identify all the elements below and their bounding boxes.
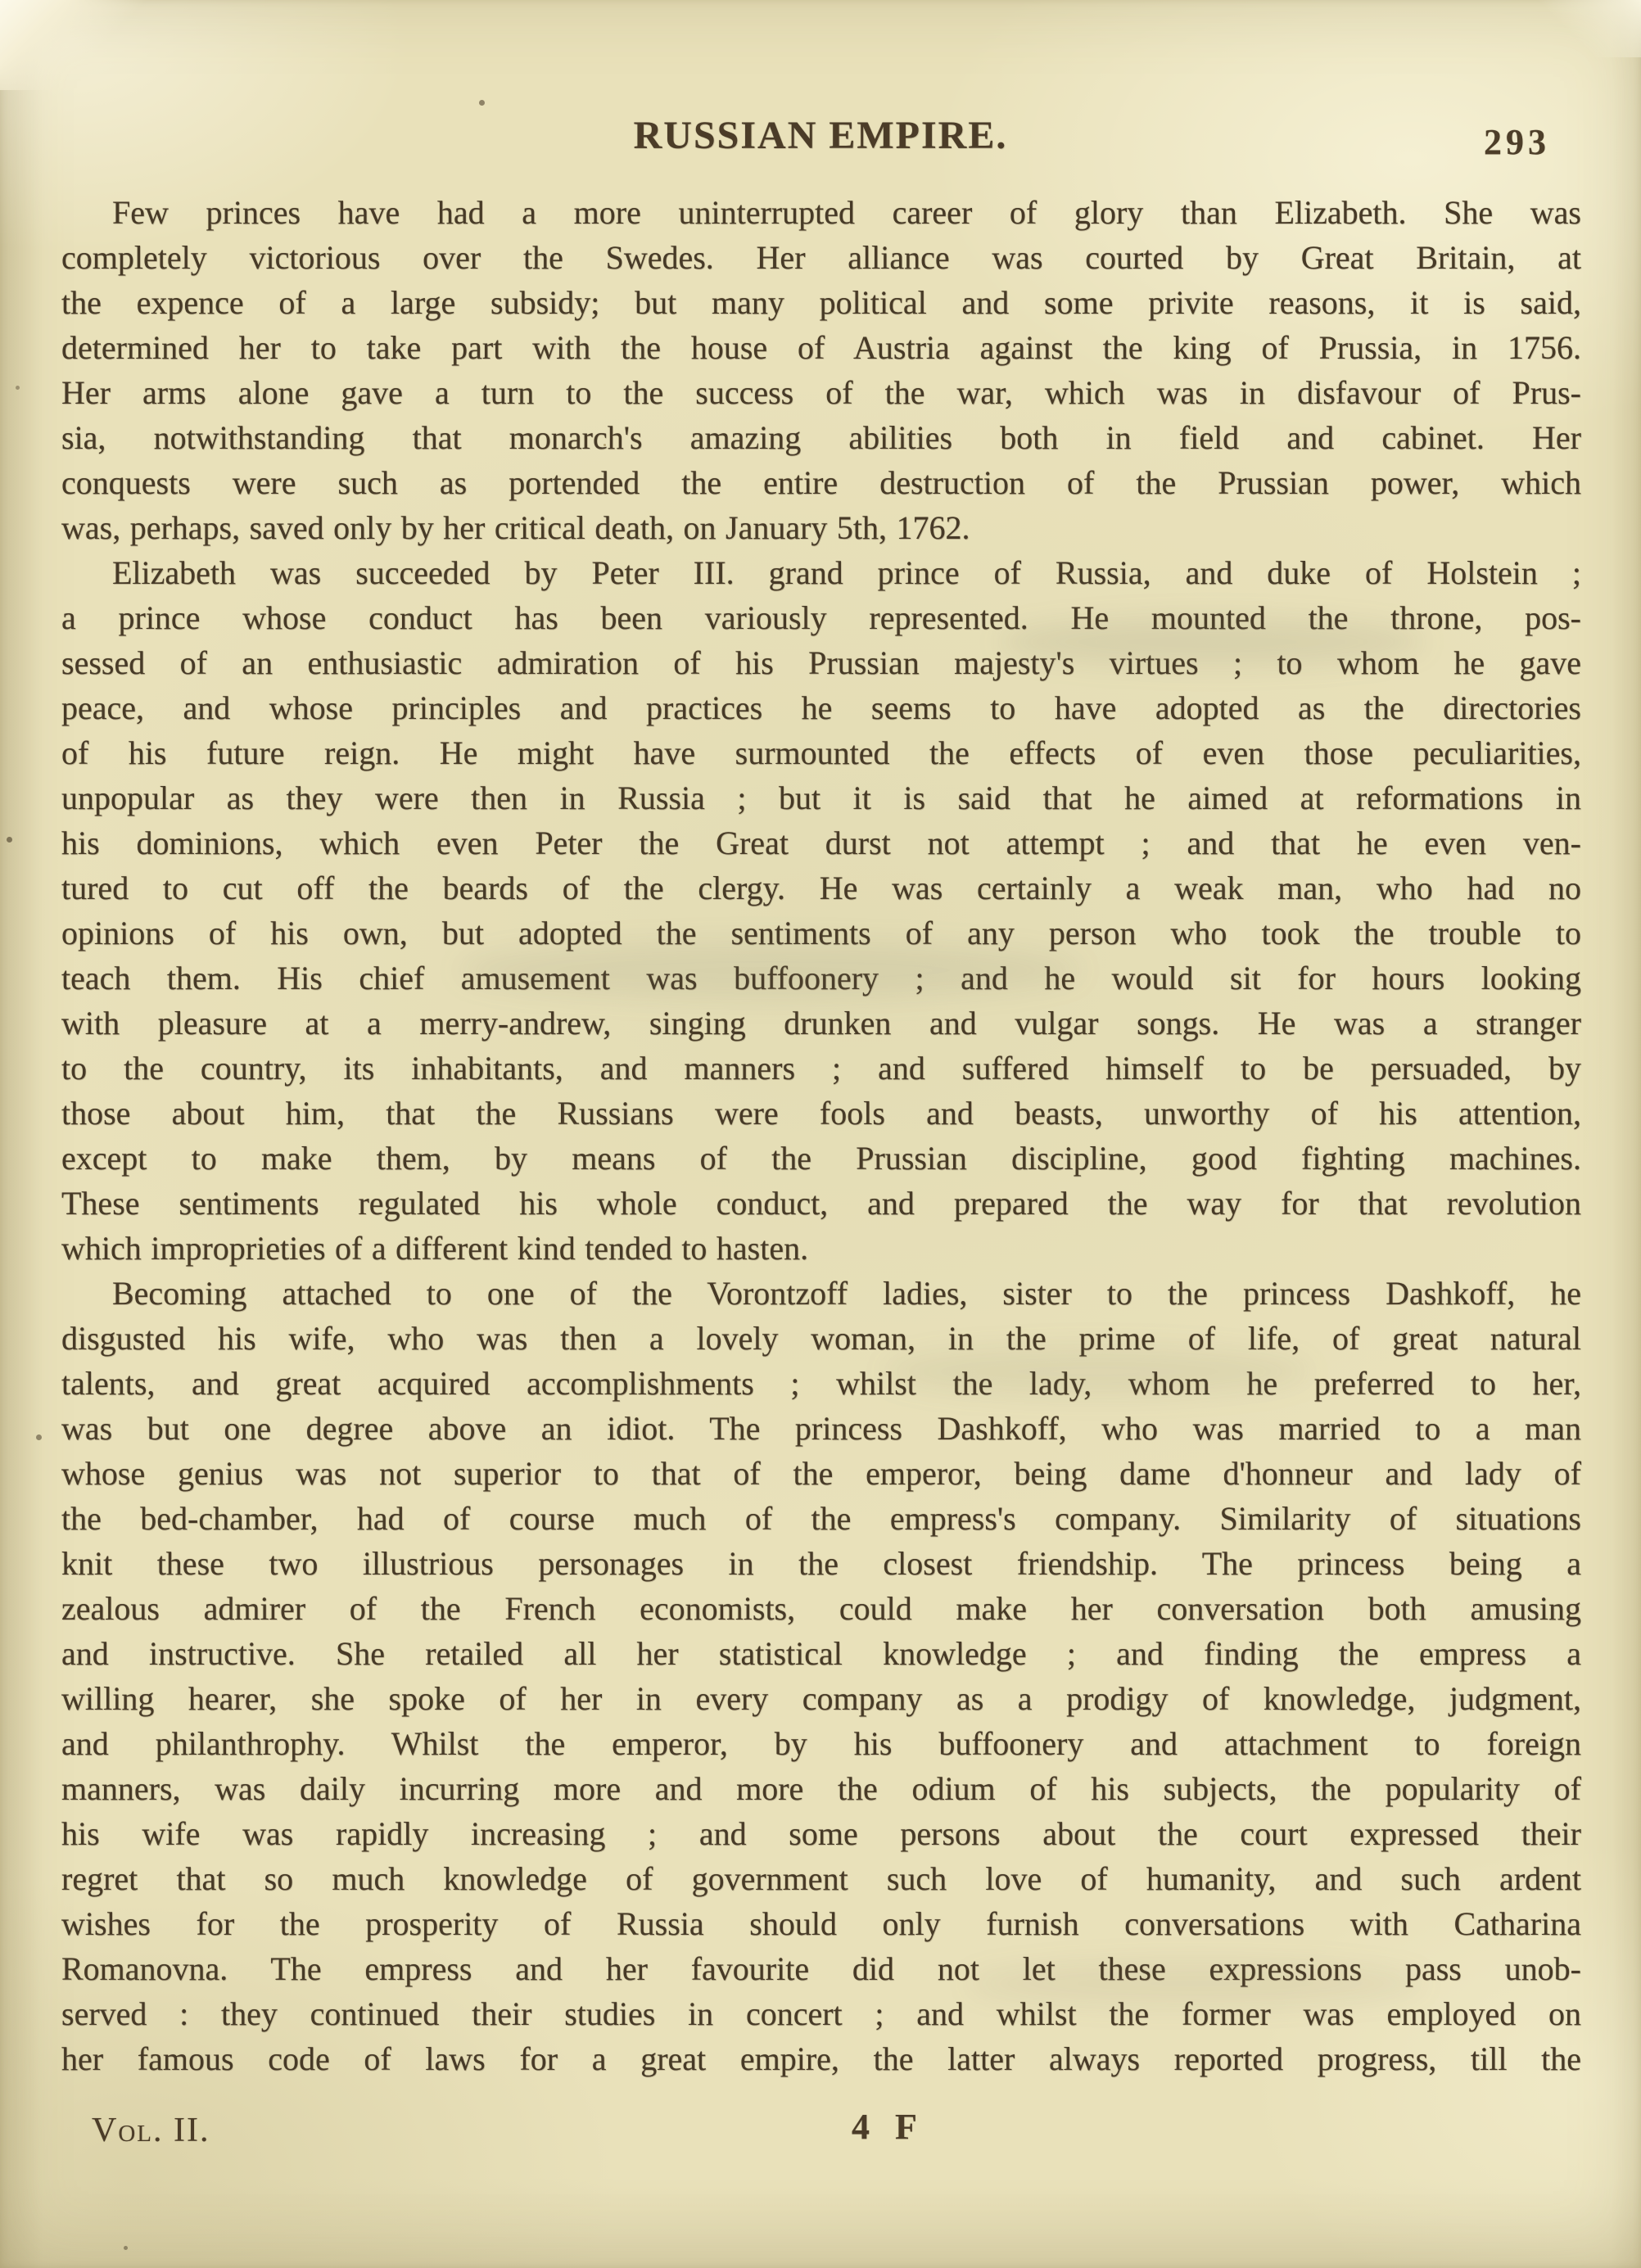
text-line: Her arms alone gave a turn to the succes… — [61, 370, 1581, 415]
text-line: regret that so much knowledge of governm… — [61, 1856, 1581, 1901]
text-line: completely victorious over the Swedes. H… — [61, 235, 1581, 280]
text-line: served : they continued their studies in… — [61, 1991, 1581, 2036]
text-line: teach them. His chief amusement was buff… — [61, 956, 1581, 1001]
scan-corner-highlight — [0, 0, 164, 90]
text-line: a prince whose conduct has been variousl… — [61, 595, 1581, 640]
paragraph: Becoming attached to one of the Vorontzo… — [61, 1271, 1581, 2081]
text-line: determined her to take part with the hou… — [61, 325, 1581, 370]
paper-specks — [0, 0, 6, 6]
text-line: knit these two illustrious personages in… — [61, 1541, 1581, 1586]
text-line: his dominions, which even Peter the Grea… — [61, 820, 1581, 865]
text-line: disgusted his wife, who was then a lovel… — [61, 1316, 1581, 1361]
text-block: Few princes have had a more uninterrupte… — [61, 190, 1581, 2081]
footer-volume-label: Vol. II. — [92, 2111, 210, 2150]
text-line: the bed-chamber, had of course much of t… — [61, 1496, 1581, 1541]
text-line: Few princes have had a more uninterrupte… — [61, 190, 1581, 235]
text-line: whose genius was not superior to that of… — [61, 1451, 1581, 1496]
paragraph: Few princes have had a more uninterrupte… — [61, 190, 1581, 550]
text-line: sia, notwithstanding that monarch's amaz… — [61, 415, 1581, 460]
text-line: zealous admirer of the French economists… — [61, 1586, 1581, 1631]
text-line: opinions of his own, but adopted the sen… — [61, 910, 1581, 956]
text-line: to the country, its inhabitants, and man… — [61, 1046, 1581, 1091]
text-line: his wife was rapidly increasing ; and so… — [61, 1811, 1581, 1856]
text-line: wishes for the prosperity of Russia shou… — [61, 1901, 1581, 1946]
text-line: and instructive. She retailed all her st… — [61, 1631, 1581, 1676]
text-line: willing hearer, she spoke of her in ever… — [61, 1676, 1581, 1721]
book-page: RUSSIAN EMPIRE. 293 Few princes have had… — [0, 0, 1641, 2268]
text-line: Romanovna. The empress and her favourite… — [61, 1946, 1581, 1991]
text-line: the expence of a large subsidy; but many… — [61, 280, 1581, 325]
text-line: Elizabeth was succeeded by Peter III. gr… — [61, 550, 1581, 595]
text-line: was, perhaps, saved only by her critical… — [61, 505, 1581, 550]
footer-signature-mark: 4 F — [852, 2106, 925, 2148]
scan-corner-highlight — [1510, 0, 1641, 57]
text-line: those about him, that the Russians were … — [61, 1091, 1581, 1136]
text-line: except to make them, by means of the Pru… — [61, 1136, 1581, 1181]
text-line: was but one degree above an idiot. The p… — [61, 1406, 1581, 1451]
text-line: These sentiments regulated his whole con… — [61, 1181, 1581, 1226]
text-line: tured to cut off the beards of the clerg… — [61, 865, 1581, 910]
text-line: her famous code of laws for a great empi… — [61, 2036, 1581, 2081]
text-line: peace, and whose principles and practice… — [61, 685, 1581, 730]
page-number: 293 — [1484, 121, 1550, 163]
text-line: sessed of an enthusiastic admiration of … — [61, 640, 1581, 685]
text-line: which improprieties of a different kind … — [61, 1226, 1581, 1271]
text-line: unpopular as they were then in Russia ; … — [61, 775, 1581, 820]
text-line: manners, was daily incurring more and mo… — [61, 1766, 1581, 1811]
text-line: Becoming attached to one of the Vorontzo… — [61, 1271, 1581, 1316]
text-line: with pleasure at a merry-andrew, singing… — [61, 1001, 1581, 1046]
text-line: talents, and great acquired accomplishme… — [61, 1361, 1581, 1406]
paragraph: Elizabeth was succeeded by Peter III. gr… — [61, 550, 1581, 1271]
text-line: and philanthrophy. Whilst the emperor, b… — [61, 1721, 1581, 1766]
text-line: conquests were such as portended the ent… — [61, 460, 1581, 505]
text-line: of his future reign. He might have surmo… — [61, 730, 1581, 775]
running-title: RUSSIAN EMPIRE. — [634, 113, 1008, 158]
